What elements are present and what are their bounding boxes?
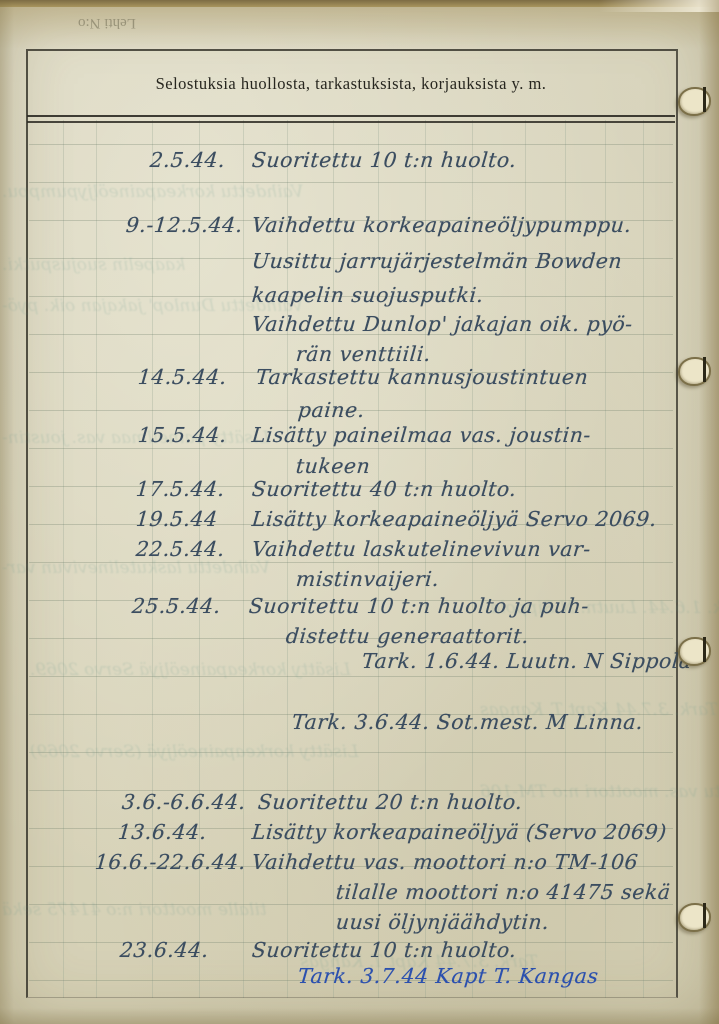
- entry-text: Vaihdettu Dunlop' jakajan oik. pyö-: [251, 312, 634, 336]
- logbook-page-scan: Lehti N:o Selostuksia huollosta, tarkast…: [0, 0, 719, 1024]
- entry-text: Suoritettu 10 t:n huolto.: [251, 148, 518, 172]
- entry-date: 14.5.44.: [137, 365, 228, 389]
- entry-text: paine.: [297, 398, 366, 422]
- entry-text: kaapelin suojusputki.: [251, 283, 485, 307]
- entry-text: uusi öljynjäähdytin.: [335, 910, 550, 934]
- binder-hole-4: [678, 903, 711, 932]
- entry-text: Suoritettu 20 t:n huolto.: [257, 790, 524, 814]
- entry-date: 19.5.44: [135, 507, 219, 531]
- entry-text: Lisätty korkeapaineöljyä (Servo 2069): [251, 820, 668, 844]
- entry-text: Lisätty korkeapaineöljyä Servo 2069.: [251, 507, 658, 531]
- entry-text: rän venttiili.: [295, 342, 432, 366]
- entry-date: 16.6.-22.6.44.: [94, 850, 247, 874]
- entry-date: 25.5.44.: [131, 594, 222, 618]
- entry-text: distettu generaattorit.: [285, 624, 530, 648]
- entry-date: 17.5.44.: [135, 477, 226, 501]
- entry-date: 2.5.44.: [149, 148, 226, 172]
- binder-hole-2: [678, 357, 711, 386]
- signature-text: Tark. 1.6.44. Luutn. N Sippola: [361, 649, 693, 673]
- entry-date: 15.5.44.: [137, 423, 228, 447]
- entry-text: Vaihdettu vas. moottori n:o TM-106: [251, 850, 639, 874]
- entry-text: Tarkastettu kannusjoustintuen: [255, 365, 589, 389]
- entry-text: tilalle moottori n:o 41475 sekä: [335, 880, 672, 904]
- entry-date: 9.-12.5.44.: [125, 213, 244, 237]
- entry-text: mistinvaijeri.: [295, 567, 440, 591]
- entry-text: Suoritettu 40 t:n huolto.: [251, 477, 518, 501]
- binder-hole-3: [678, 637, 711, 666]
- entry-text: Vaihdettu korkeapaineöljypumppu.: [251, 213, 633, 237]
- entry-text: Lisätty paineilmaa vas. joustin-: [251, 423, 592, 447]
- entry-text: Uusittu jarrujärjestelmän Bowden: [251, 249, 623, 273]
- entry-text: Suoritettu 10 t:n huolto.: [251, 938, 518, 962]
- entry-date: 23.6.44.: [119, 938, 210, 962]
- binder-hole-1: [678, 87, 711, 116]
- entry-text: Vaihdettu laskutelinevivun var-: [251, 537, 592, 561]
- entry-date: 22.5.44.: [135, 537, 226, 561]
- signature-text: Tark. 3.6.44. Sot.mest. M Linna.: [291, 710, 644, 734]
- entry-date: 3.6.-6.6.44.: [121, 790, 247, 814]
- entry-text: Suoritettu 10 t:n huolto ja puh-: [248, 594, 590, 618]
- entry-date: 13.6.44.: [117, 820, 208, 844]
- log-entries: 2.5.44.Suoritettu 10 t:n huolto.9.-12.5.…: [0, 0, 719, 1024]
- entry-text: tukeen: [295, 454, 371, 478]
- signature-text: Tark. 3.7.44 Kapt T. Kangas: [297, 964, 600, 988]
